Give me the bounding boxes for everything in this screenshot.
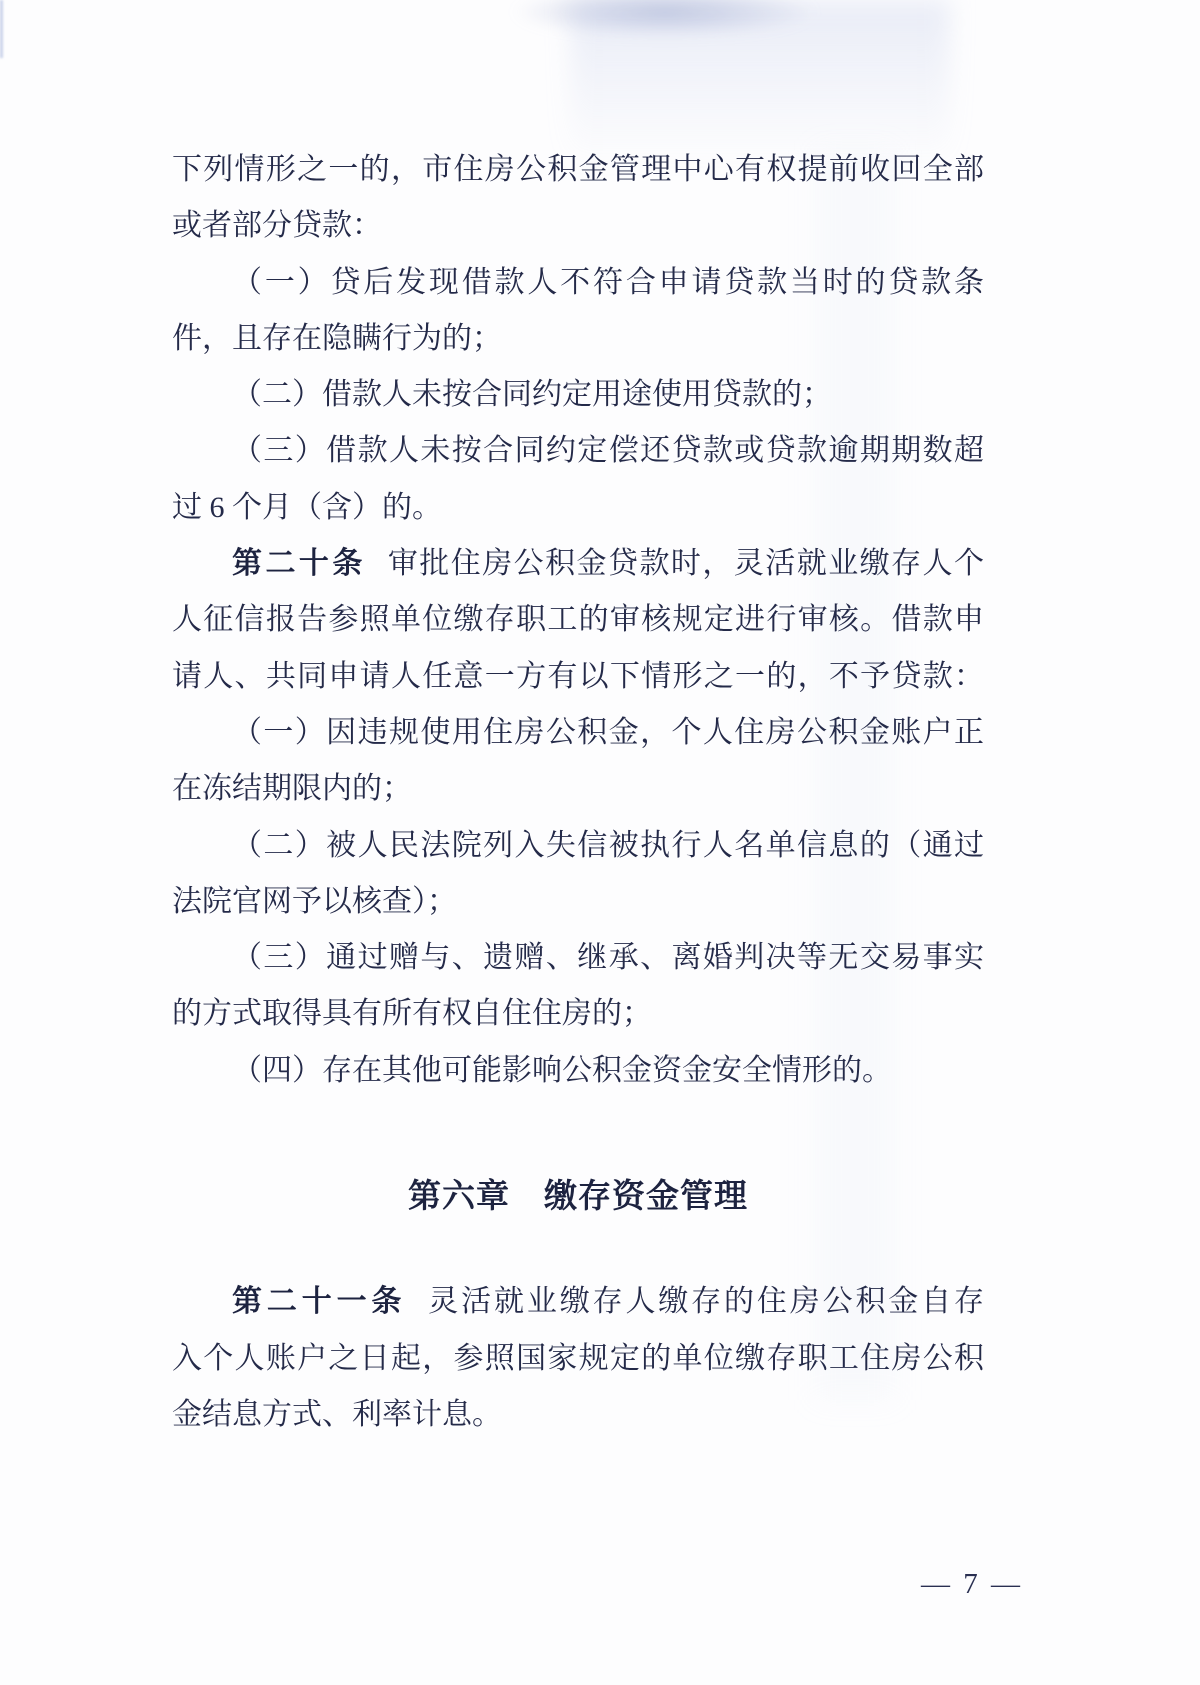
- text-line: （四）存在其他可能影响公积金资金安全情形的。: [172, 1043, 984, 1099]
- text-line: （一）因违规使用住房公积金，个人住房公积金账户正: [172, 705, 984, 761]
- line-text: 审批住房公积金贷款时，灵活就业缴存人个: [388, 547, 984, 580]
- text-line: （三）通过赠与、遗赠、继承、离婚判决等无交易事实: [172, 930, 984, 986]
- text-line: （一）贷后发现借款人不符合申请贷款当时的贷款条: [172, 255, 984, 311]
- text-line: 人征信报告参照单位缴存职工的审核规定进行审核。借款申: [172, 592, 984, 648]
- scan-smudge-top: [510, 0, 820, 38]
- text-line: 的方式取得具有所有权自住住房的；: [172, 986, 984, 1042]
- article-line: 第二十条审批住房公积金贷款时，灵活就业缴存人个: [172, 536, 984, 592]
- article-number: 第二十一条: [232, 1285, 406, 1318]
- scan-edge-mark: [0, 0, 3, 58]
- document-page: 下列情形之一的，市住房公积金管理中心有权提前收回全部或者部分贷款：（一）贷后发现…: [0, 0, 1200, 1685]
- text-line: （三）借款人未按合同约定偿还贷款或贷款逾期期数超: [172, 423, 984, 479]
- article-line: 第二十一条灵活就业缴存人缴存的住房公积金自存: [172, 1274, 984, 1330]
- chapter-heading: 第六章 缴存资金管理: [172, 1168, 984, 1224]
- text-line: 法院官网予以核查）；: [172, 874, 984, 930]
- line-text: 灵活就业缴存人缴存的住房公积金自存: [428, 1285, 984, 1318]
- text-line: 在冻结期限内的；: [172, 761, 984, 817]
- document-body: 下列情形之一的，市住房公积金管理中心有权提前收回全部或者部分贷款：（一）贷后发现…: [172, 142, 984, 1443]
- text-line: 金结息方式、利率计息。: [172, 1387, 984, 1443]
- scan-smudge-band: [570, 0, 950, 165]
- text-line: 请人、共同申请人任意一方有以下情形之一的，不予贷款：: [172, 649, 984, 705]
- text-line: 过 6 个月（含）的。: [172, 480, 984, 536]
- text-line: （二）被人民法院列入失信被执行人名单信息的（通过: [172, 818, 984, 874]
- text-line: 入个人账户之日起，参照国家规定的单位缴存职工住房公积: [172, 1331, 984, 1387]
- text-line: 下列情形之一的，市住房公积金管理中心有权提前收回全部: [172, 142, 984, 198]
- page-number: — 7 —: [921, 1568, 1023, 1601]
- text-line: 或者部分贷款：: [172, 198, 984, 254]
- article-number: 第二十条: [232, 547, 366, 580]
- text-line: （二）借款人未按合同约定用途使用贷款的；: [172, 367, 984, 423]
- text-line: 件，且存在隐瞒行为的；: [172, 311, 984, 367]
